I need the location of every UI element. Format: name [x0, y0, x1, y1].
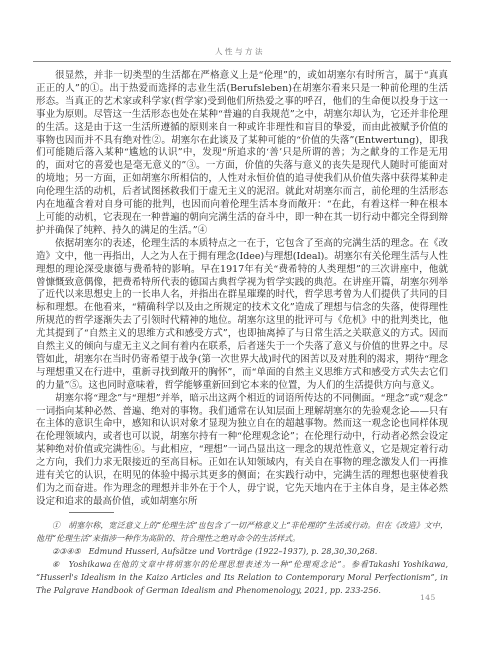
- footnote-divider: [69, 512, 114, 513]
- footnotes: ① 胡塞尔称，宽泛意义上的“伦理生活”也包含了一切严格意义上“非伦理的”生活或行…: [36, 519, 448, 597]
- article-body: 很显然，并非一切类型的生活都在严格意义上是“伦理”的，或如胡塞尔有时所言，属于“…: [36, 70, 448, 509]
- body-paragraph: 胡塞尔将“理念”与“理想”并举，暗示出这两个相近的词语所传达的不同侧面。“理念”…: [36, 393, 448, 509]
- page-number: 145: [420, 593, 436, 602]
- footnote-item: ⑥ Yoshikawa在他的文章中将胡塞尔的伦理思想表述为一种“伦理观念论”。参…: [36, 558, 448, 597]
- running-header: 人性与方法: [0, 46, 480, 57]
- header-rule: [33, 61, 451, 62]
- footnote-item: ②③④⑤ Edmund Husserl, Aufsätze und Vorträ…: [36, 545, 448, 558]
- footnote-item: ① 胡塞尔称，宽泛意义上的“伦理生活”也包含了一切严格意义上“非伦理的”生活或行…: [36, 519, 448, 545]
- body-paragraph: 很显然，并非一切类型的生活都在严格意义上是“伦理”的，或如胡塞尔有时所言，属于“…: [36, 70, 448, 238]
- journal-page: 人性与方法 很显然，并非一切类型的生活都在严格意义上是“伦理”的，或如胡塞尔有时…: [0, 0, 480, 647]
- body-paragraph: 依据胡塞尔的表述，伦理生活的本质特点之一在于，它包含了至高的完满生活的理念。在《…: [36, 238, 448, 393]
